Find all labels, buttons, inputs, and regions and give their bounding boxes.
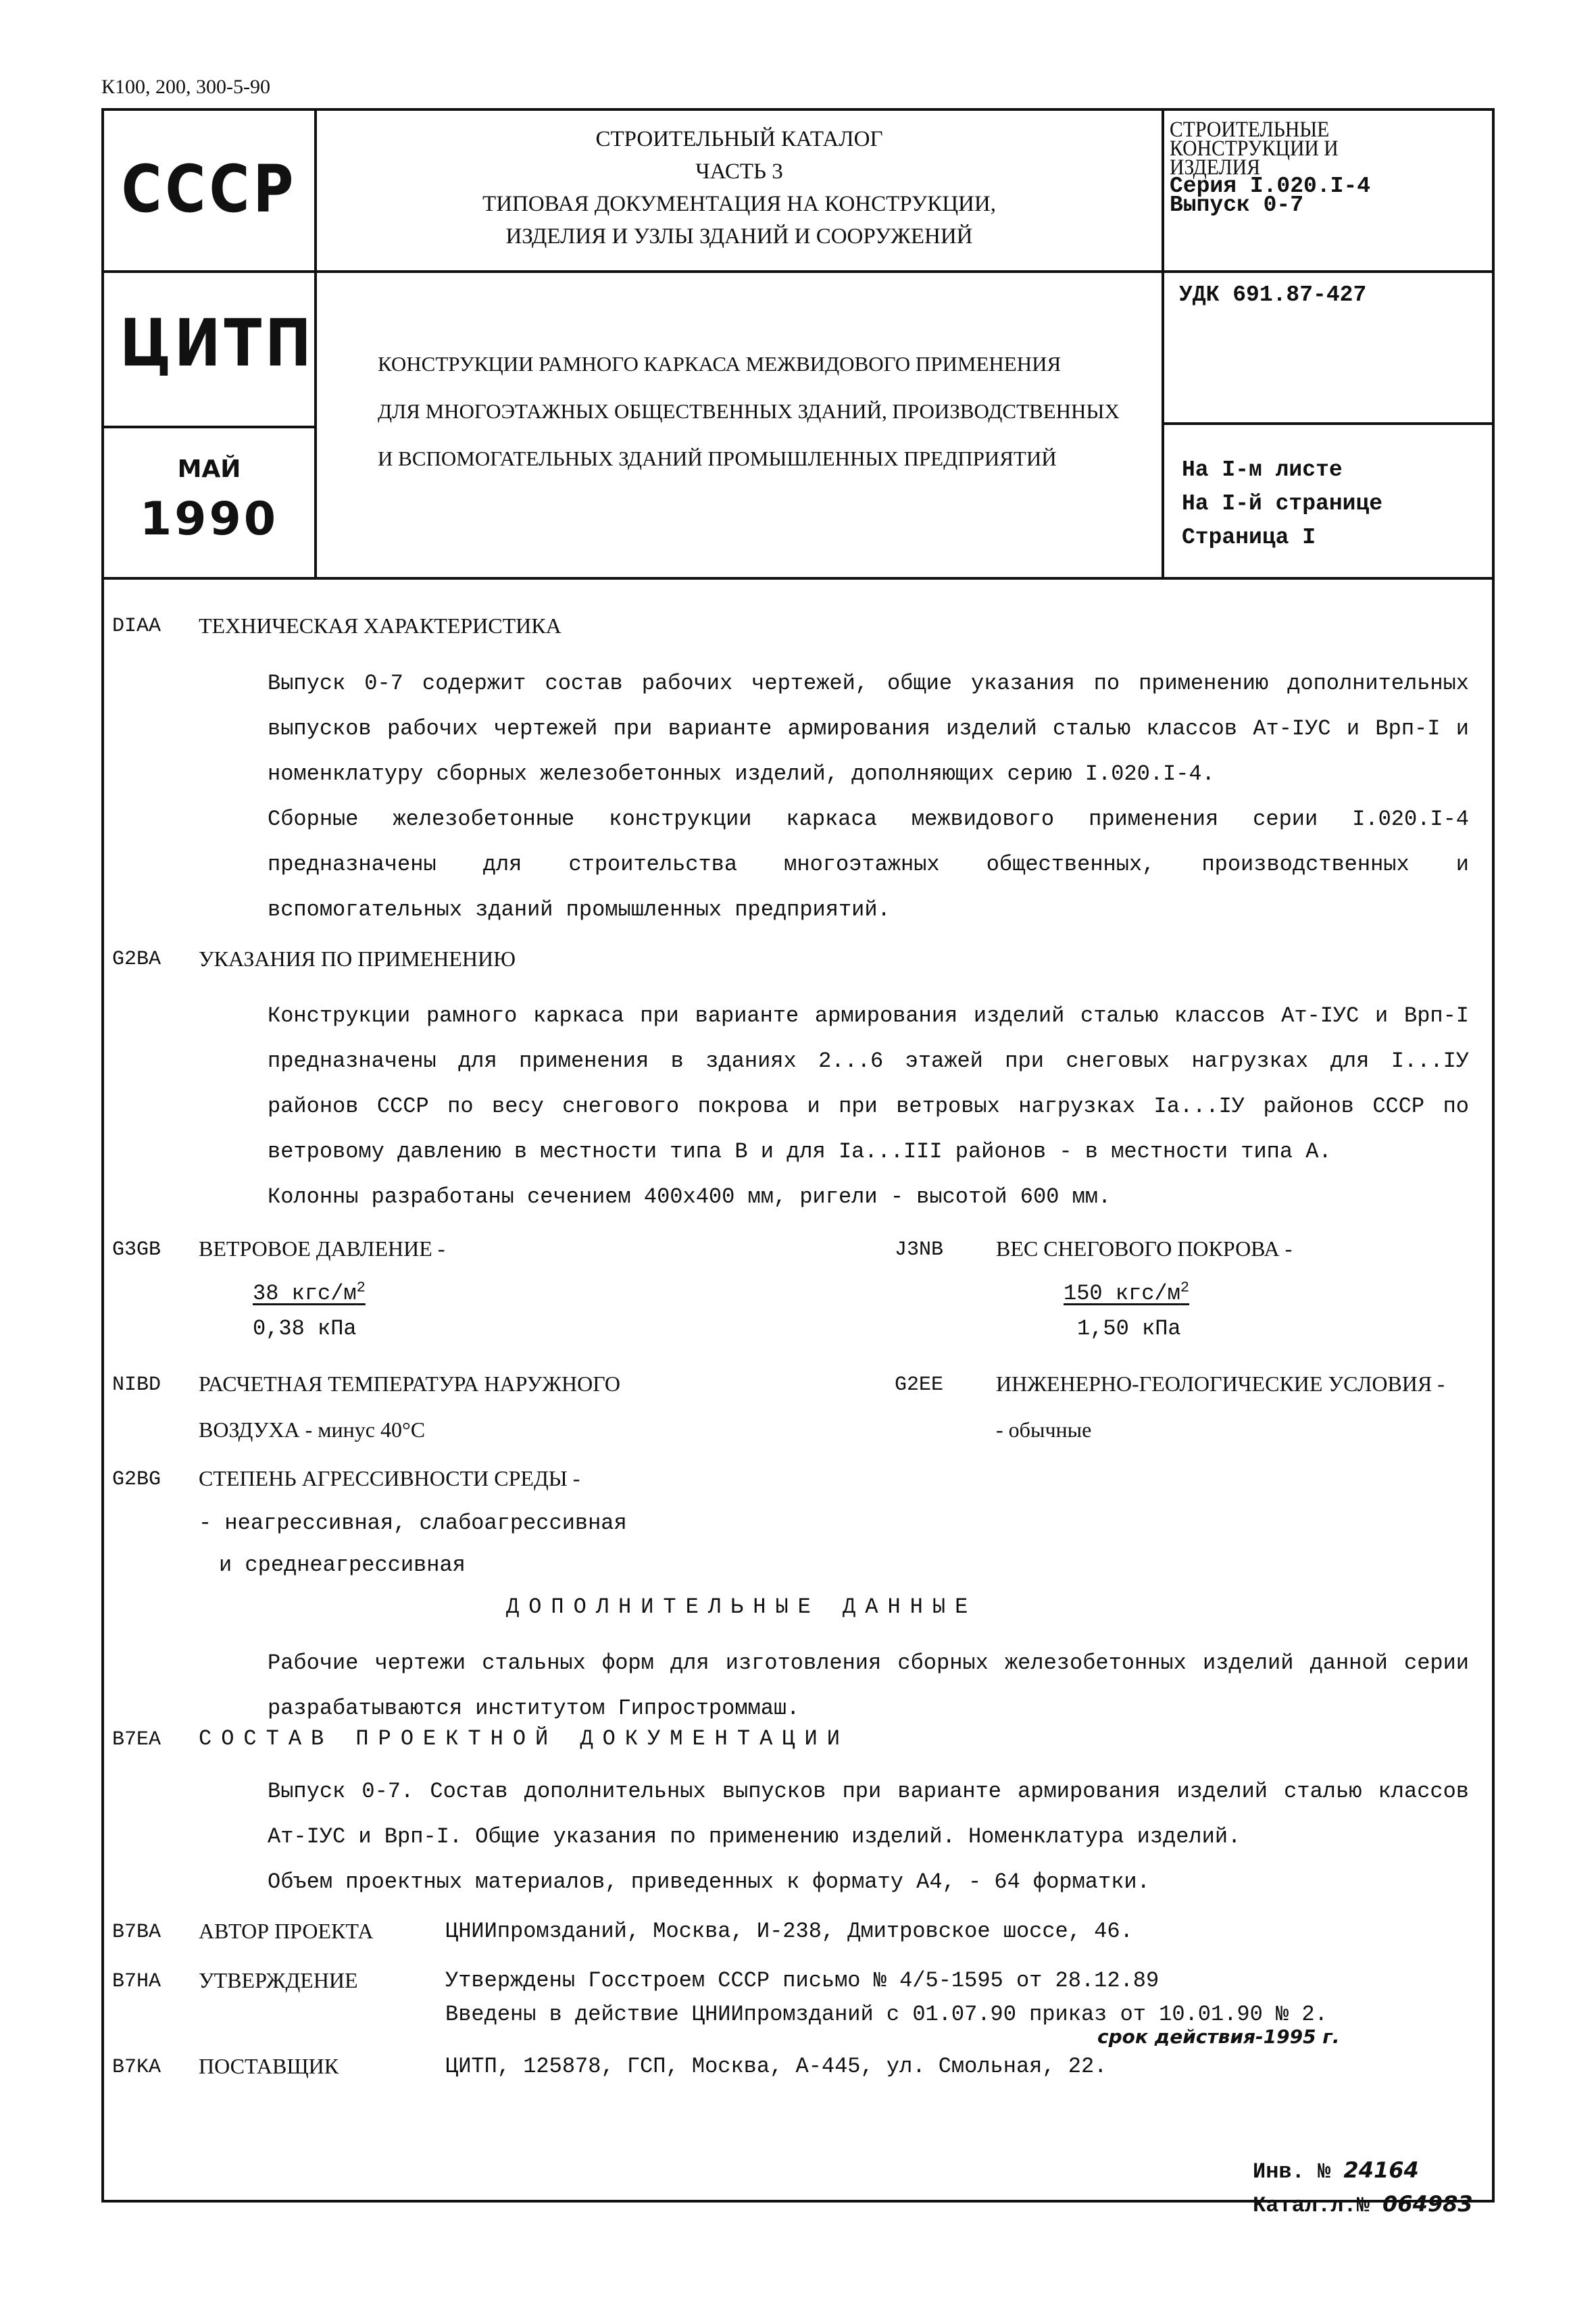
paragraph: Колонны разработаны сечением 400х400 мм,… [199,1174,1469,1219]
inventory-number: Инв. № 24164 [1253,2157,1419,2184]
page-info: На I-й странице [1182,487,1492,521]
author-label: АВТОР ПРОЕКТА [199,1919,373,1944]
section-code: B7EA [112,1728,161,1751]
wind-pressure-value: 38 кгс/м2 [253,1279,366,1306]
section-code: B7HA [112,1970,161,1993]
section-code: NIBD [112,1374,161,1397]
approval-label: УТВЕРЖДЕНИЕ [199,1968,358,1993]
section-title: СТЕПЕНЬ АГРЕССИВНОСТИ СРЕДЫ - [199,1466,580,1491]
catalog-line: ЧАСТЬ 3 [317,155,1162,188]
paragraph: Выпуск 0-7. Состав дополнительных выпуск… [199,1769,1469,1859]
extra-data-heading: ДОПОЛНИТЕЛЬНЫЕ ДАННЫЕ [506,1594,977,1619]
section-code: B7KA [112,2056,161,2079]
catalog-line: ТИПОВАЯ ДОКУМЕНТАЦИЯ НА КОНСТРУКЦИИ, [317,188,1162,220]
section-title: ВЕТРОВОЕ ДАВЛЕНИЕ - [199,1236,445,1261]
title-cell: КОНСТРУКЦИИ РАМНОГО КАРКАСА МЕЖВИДОВОГО … [317,273,1162,577]
temperature-value: ВОЗДУХА - минус 40°С [199,1417,425,1442]
document-title-line: И ВСПОМОГАТЕЛЬНЫХ ЗДАНИЙ ПРОМЫШЛЕННЫХ ПР… [378,435,1162,482]
catalog-cell: СТРОИТЕЛЬНЫЙ КАТАЛОГ ЧАСТЬ 3 ТИПОВАЯ ДОК… [317,111,1162,273]
paragraph: Конструкции рамного каркаса при варианте… [199,993,1469,1174]
approval-line: Утверждены Госстроем СССР письмо № 4/5-1… [445,1968,1159,1993]
catalog-sheet-number: Катал.л.№ 064983 [1253,2191,1473,2218]
paragraph: Сборные железобетонные конструкции карка… [199,797,1469,932]
aggressiveness-value: - неагрессивная, слабоагрессивная [199,1511,627,1536]
page-info-cell: На I-м листе На I-й странице Страница I [1162,425,1492,577]
section-title: СОСТАВ ПРОЕКТНОЙ ДОКУМЕНТАЦИИ [199,1726,849,1751]
org-cell: ЦИТП [104,273,317,428]
section-line: ИЗДЕЛИЯ [1170,158,1460,177]
enactment-line: Введены в действие ЦНИИпромзданий с 01.0… [445,2002,1328,2027]
section-code: G2BA [112,948,161,971]
udk-code: УДК 691.87-427 [1179,282,1492,307]
month-label: МАЙ [104,455,314,483]
document-code: К100, 200, 300-5-90 [101,76,270,99]
section-title: ТЕХНИЧЕСКАЯ ХАРАКТЕРИСТИКА [199,613,562,638]
catalog-line: СТРОИТЕЛЬНЫЙ КАТАЛОГ [317,123,1162,155]
sheet-info: На I-м листе [1182,453,1492,487]
snow-load-kpa: 1,50 кПа [1077,1316,1181,1341]
section-title: ИНЖЕНЕРНО-ГЕОЛОГИЧЕСКИЕ УСЛОВИЯ - [996,1372,1445,1397]
document-title-line: КОНСТРУКЦИИ РАМНОГО КАРКАСА МЕЖВИДОВОГО … [378,341,1162,388]
snow-load-value: 150 кгс/м2 [1064,1279,1189,1306]
wind-pressure-kpa: 0,38 кПа [253,1316,357,1341]
author-value: ЦНИИпромзданий, Москва, И-238, Дмитровск… [445,1919,1133,1944]
document-frame: СССР ЦИТП МАЙ 1990 СТРОИТЕЛЬНЫЙ КАТАЛОГ … [101,108,1495,2203]
section-title: РАСЧЕТНАЯ ТЕМПЕРАТУРА НАРУЖНОГО [199,1372,620,1397]
supplier-label: ПОСТАВЩИК [199,2054,339,2079]
year-label: 1990 [104,493,314,546]
section-code: G2BG [112,1468,161,1491]
handwritten-validity-note: срок действия-1995 г. [1097,2026,1340,2048]
udk-cell: УДК 691.87-427 [1162,273,1492,425]
section-code: G2EE [895,1374,943,1397]
section-code: J3NB [895,1238,943,1261]
country-cell: СССР [104,111,317,273]
paragraph: Рабочие чертежи стальных форм для изгото… [199,1640,1469,1731]
catalog-line: ИЗДЕЛИЯ И УЗЛЫ ЗДАНИЙ И СООРУЖЕНИЙ [317,220,1162,253]
date-cell: МАЙ 1990 [104,428,317,577]
supplier-value: ЦИТП, 125878, ГСП, Москва, А-445, ул. См… [445,2054,1107,2079]
section-title: УКАЗАНИЯ ПО ПРИМЕНЕНИЮ [199,947,516,972]
section-code: G3GB [112,1238,161,1261]
document-title-line: ДЛЯ МНОГОЭТАЖНЫХ ОБЩЕСТВЕННЫХ ЗДАНИЙ, ПР… [378,388,1162,435]
aggressiveness-value-cont: и среднеагрессивная [219,1553,466,1578]
geology-value: - обычные [996,1417,1091,1442]
issue-number: Выпуск 0-7 [1170,196,1492,215]
paragraph: Выпуск 0-7 содержит состав рабочих черте… [199,661,1469,797]
section-code: DIAA [112,615,161,638]
section-code: B7BA [112,1921,161,1944]
page-number: Страница I [1182,521,1492,555]
org-label: ЦИТП [120,305,298,381]
header-divider [104,577,1492,580]
section-title: ВЕС СНЕГОВОГО ПОКРОВА - [996,1236,1292,1261]
series-cell: СТРОИТЕЛЬНЫЕ КОНСТРУКЦИИ И ИЗДЕЛИЯ Серия… [1162,111,1492,273]
country-label: СССР [120,151,298,227]
paragraph: Объем проектных материалов, приведенных … [199,1859,1469,1905]
